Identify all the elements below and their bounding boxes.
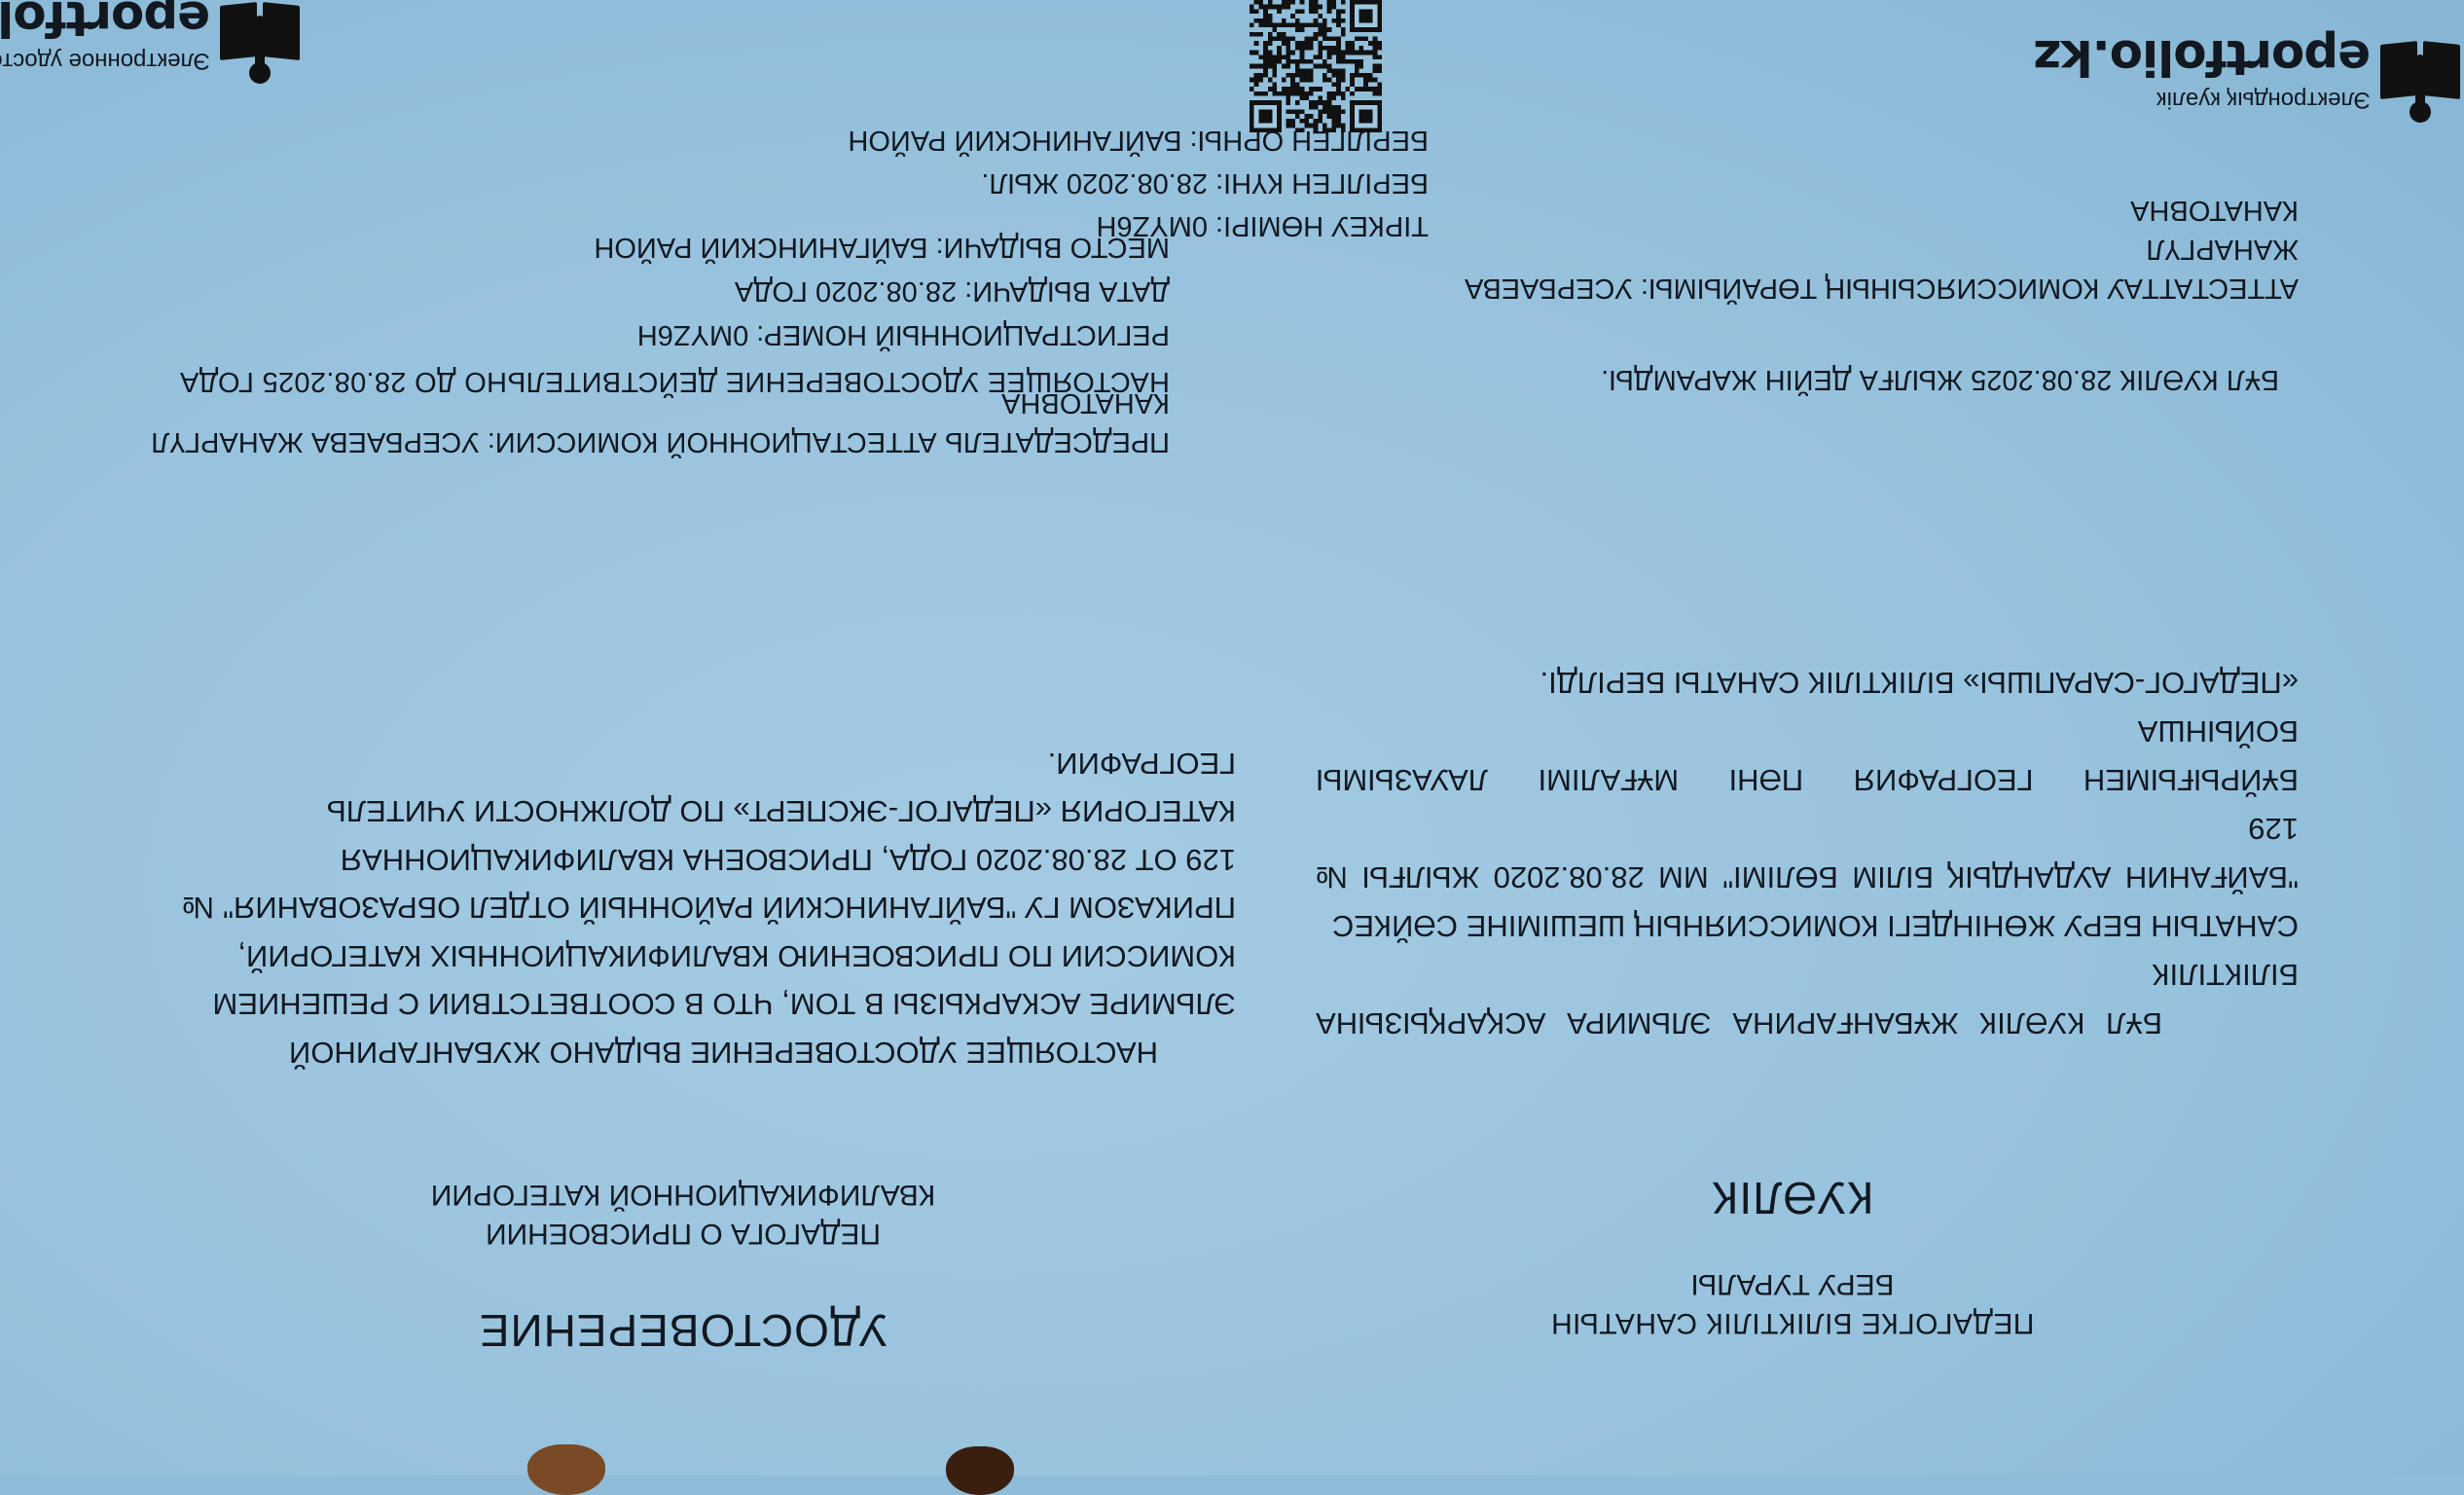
kz-body-line: "Байғанин аудандық білім бөлімі" ММ 28.0… [1316, 804, 2299, 901]
ru-chair-line-1: Председатель аттестационной комиссии: Ус… [41, 422, 1170, 461]
kz-body-line: Бұл куәлік Жұбанғарина Эльмира Асқарқызы… [1316, 950, 2299, 1047]
ru-body-line: Эльмире Аскаркызы в том, что в соответст… [78, 980, 1236, 1029]
kz-header-line-2: БЕРУ ТУРАЛЫ [1520, 1267, 2065, 1300]
kz-logo: Электрондық куәлік eportfolio.kz [2034, 29, 2464, 113]
ru-body-line: комиссии по присвоению квалификационных … [78, 932, 1236, 981]
kz-body-line: бұйрығымен География пәні мұғалімі лауаз… [1316, 707, 2299, 804]
ru-chair-line-2: Канатовна [41, 383, 1170, 422]
ru-body-line: географии. [78, 740, 1236, 788]
ru-issue-date: Дата выдачи: 28.08.2020 года [294, 269, 1170, 312]
ru-body-line: приказом ГУ "Байганинский районный отдел… [78, 884, 1236, 932]
qr-code-icon [1248, 0, 1384, 132]
kz-title: КУӘЛІК [1520, 1172, 2065, 1224]
binder-clip-head [946, 1446, 1014, 1476]
kz-chair-line-2: Канатовна [1325, 191, 2299, 230]
kz-validity: Бұл куәлік 28.08.2025 жылға дейін жарамд… [1306, 363, 2279, 395]
ru-body-line: категория «Педагог-эксперт» по должности… [78, 787, 1236, 836]
kz-body-line: санатын беру жөніндегі комиссияның шешім… [1316, 901, 2299, 950]
ru-reg-number: Регистрационный номер: 0MYZ6H [294, 312, 1170, 356]
ru-chairperson: Председатель аттестационной комиссии: Ус… [41, 383, 1170, 461]
ru-logo-brand: eportfolio.kz [0, 0, 210, 47]
ru-subtitle-line-2: КВАЛИФИКАЦИОННОЙ КАТЕГОРИИ [323, 1178, 1043, 1211]
book-with-pen-icon [2376, 37, 2464, 105]
certificate-sheet: ПЕДАГОГКЕ БІЛІКТІЛІК САНАТЫН БЕРУ ТУРАЛЫ… [0, 0, 2464, 1476]
kz-header-line-1: ПЕДАГОГКЕ БІЛІКТІЛІК САНАТЫН [1520, 1306, 2065, 1339]
ru-subtitle-line-1: ПЕДАГОГА О ПРИСВОЕНИИ [391, 1217, 975, 1250]
kz-logo-brand: eportfolio.kz [2034, 29, 2371, 86]
kz-body-line: «Педагог-сарапшы» біліктілік санаты бері… [1316, 658, 2299, 707]
kz-logo-tagline: Электрондық куәлік [2034, 86, 2371, 113]
kz-chair-line-1: Аттестаттау комиссиясының төрайымы: Усер… [1325, 230, 2299, 308]
ru-body-line: 129 от 28.08.2020 года, присвоена квалиф… [78, 836, 1236, 885]
ru-body: Настоящее удостоверение выдано Жубангари… [78, 740, 1236, 1077]
kz-body: Бұл куәлік Жұбанғарина Эльмира Асқарқызы… [1316, 658, 2299, 1047]
ru-registration: Регистрационный номер: 0MYZ6H Дата выдач… [294, 225, 1170, 356]
kz-chairperson: Аттестаттау комиссиясының төрайымы: Усер… [1325, 191, 2299, 308]
binder-clip-head [527, 1444, 605, 1476]
kz-issue-date: Берілген күні: 28.08.2020 жыл. [553, 162, 1429, 204]
book-with-pen-icon [216, 0, 304, 66]
ru-title: УДОСТОВЕРЕНИЕ [391, 1304, 975, 1357]
ru-logo-tagline: Электронное удостоверение [0, 47, 210, 74]
ru-logo: Электронное удостоверение eportfolio.kz [0, 0, 304, 74]
ru-issue-place: Место выдачи: Байганинский район [294, 225, 1170, 269]
ru-body-line: Настоящее удостоверение выдано Жубангари… [78, 1029, 1236, 1077]
